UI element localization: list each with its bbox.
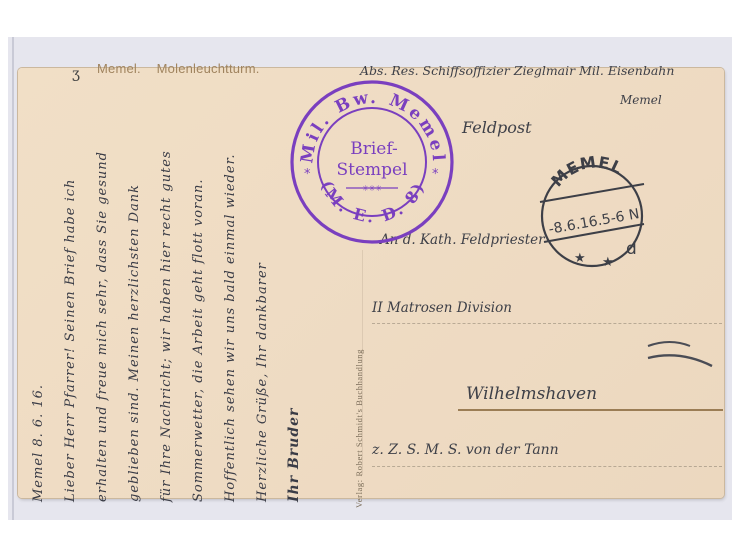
message-line: Lieber Herr Pfarrer! Seinen Brief habe i… [63, 179, 78, 502]
censor-stamp: Mil. Bw. Memel (M. E. D. 8) * * Brief- S… [284, 74, 460, 250]
svg-text:*: * [304, 167, 311, 182]
caption-subject: Molenleuchtturm. [157, 61, 260, 76]
svg-text:*: * [432, 167, 439, 182]
censor-inner-line1: Brief- [350, 139, 398, 159]
corner-mark: ʒ [72, 66, 80, 82]
message-line: Hoffentlich sehen wir uns bald einmal wi… [223, 154, 238, 502]
postmark-letter: d [626, 239, 637, 259]
message-line: erhalten und freue mich sehr, dass Sie g… [95, 151, 110, 502]
address-rule-3 [372, 466, 722, 467]
message-line: für Ihre Nachricht; wir haben hier recht… [159, 150, 174, 502]
message-line: Sommerwetter, die Arbeit geht flott vora… [191, 178, 206, 502]
postmark-town: MEMEL [547, 152, 626, 190]
message-line: Ihr Bruder [286, 408, 302, 502]
censor-inner-line2: Stempel [336, 160, 407, 180]
recipient-line-4: z. Z. S. M. S. von der Tann [372, 442, 559, 458]
address-rule-2 [458, 409, 723, 411]
recipient-division: II Matrosen Division [372, 300, 512, 316]
svg-text:MEMEL: MEMEL [547, 152, 626, 190]
postcard-caption: Memel. Molenleuchtturm. [97, 61, 272, 76]
recipient-city: Wilhelmshaven [466, 384, 597, 404]
postmark-star-1: ★ [574, 251, 586, 266]
scanner-edge [12, 37, 14, 520]
cancellation-strokes [640, 336, 720, 376]
svg-text:✳✳✳: ✳✳✳ [362, 184, 382, 193]
caption-place: Memel. [97, 61, 141, 76]
address-divider [362, 250, 363, 475]
postmark-star-2: ★ [602, 255, 614, 270]
message-line: Herzliche Grüße, Ihr dankbarer [255, 262, 270, 502]
postmark: MEMEL -8.6.16.5-6 N d ★ ★ [522, 150, 662, 272]
service-note: Feldpost [462, 118, 532, 137]
sender-line-2: Memel [620, 93, 662, 107]
message-line: geblieben sind. Meinen herzlichsten Dank [127, 184, 142, 502]
message-line: Memel 8. 6. 16. [31, 384, 46, 502]
address-rule-1 [372, 323, 722, 324]
